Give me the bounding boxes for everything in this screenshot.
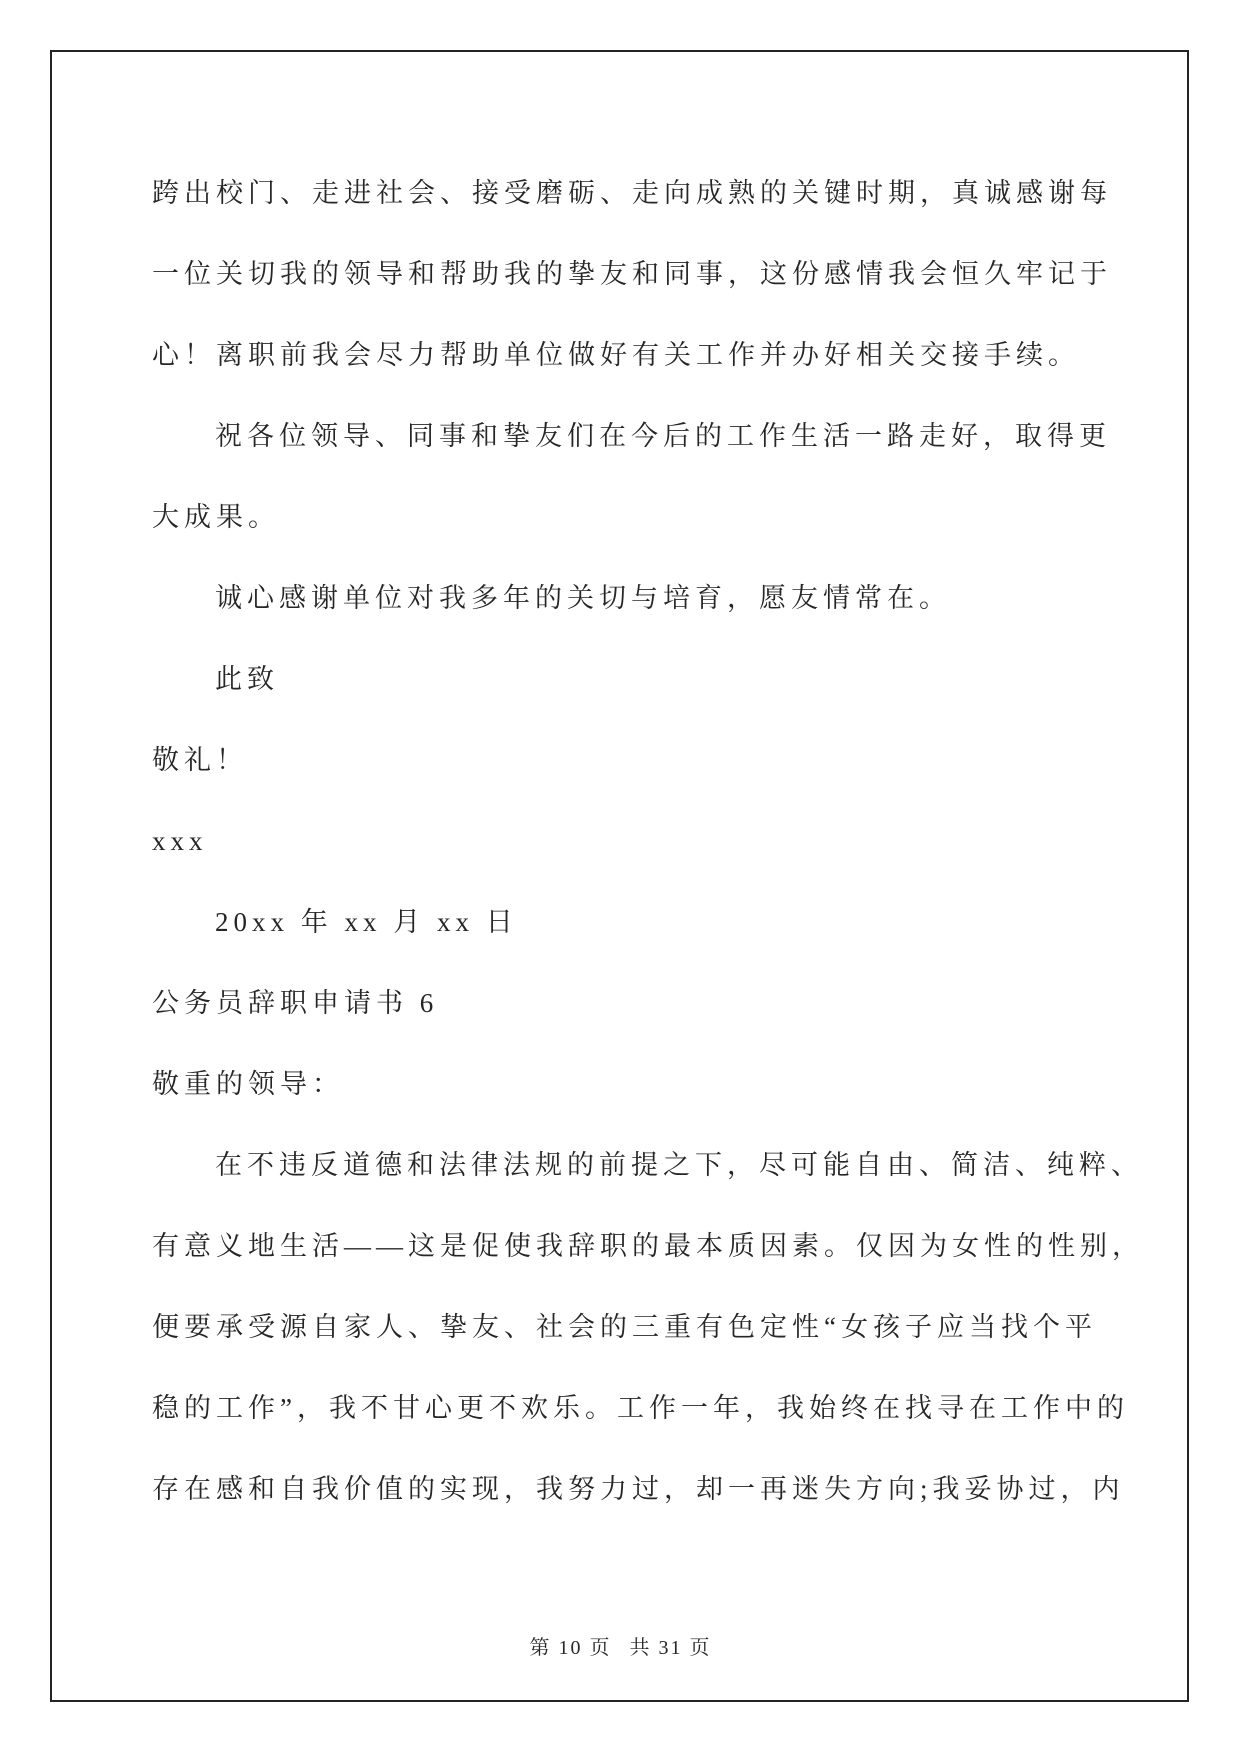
body-line: 大成果。 <box>152 477 1110 558</box>
body-line: 存在感和自我价值的实现，我努力过，却一再迷失方向;我妥协过，内 <box>152 1449 1110 1530</box>
body-line: 稳的工作”，我不甘心更不欢乐。工作一年，我始终在找寻在工作中的 <box>152 1368 1110 1449</box>
page-indicator-current: 第 10 页 <box>530 1631 612 1660</box>
salute-line: 敬礼！ <box>152 720 1110 801</box>
body-line: 心！离职前我会尽力帮助单位做好有关工作并办好相关交接手续。 <box>152 315 1110 396</box>
document-body: 跨出校门、走进社会、接受磨砺、走向成熟的关键时期，真诚感谢每一位关切我的领导和帮… <box>152 153 1110 1530</box>
body-line: 有意义地生活——这是促使我辞职的最本质因素。仅因为女性的性别， <box>152 1206 1110 1287</box>
body-line: 诚心感谢单位对我多年的关切与培育，愿友情常在。 <box>152 558 1110 639</box>
date-line: 20xx 年 xx 月 xx 日 <box>152 882 1110 963</box>
body-line: 便要承受源自家人、挚友、社会的三重有色定性“女孩子应当找个平 <box>152 1287 1110 1368</box>
section-heading: 公务员辞职申请书 6 <box>152 963 1110 1044</box>
body-line: 祝各位领导、同事和挚友们在今后的工作生活一路走好，取得更 <box>152 396 1110 477</box>
signature-line: xxx <box>152 801 1110 882</box>
closing-line: 此致 <box>152 639 1110 720</box>
body-line: 在不违反道德和法律法规的前提之下，尽可能自由、简洁、纯粹、 <box>152 1125 1110 1206</box>
page-indicator-total: 共 31 页 <box>630 1631 712 1660</box>
body-line: 跨出校门、走进社会、接受磨砺、走向成熟的关键时期，真诚感谢每 <box>152 153 1110 234</box>
body-line: 一位关切我的领导和帮助我的挚友和同事，这份感情我会恒久牢记于 <box>152 234 1110 315</box>
salutation-line: 敬重的领导： <box>152 1044 1110 1125</box>
page-footer: 第 10 页 共 31 页 <box>0 1631 1241 1660</box>
